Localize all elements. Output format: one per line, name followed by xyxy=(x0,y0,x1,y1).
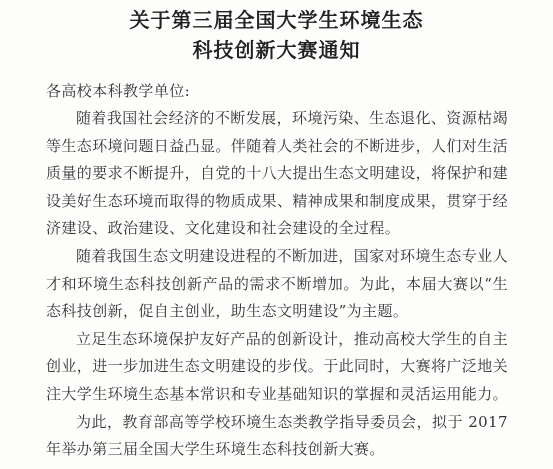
paragraph-1: 随着我国社会经济的不断发展，环境污染、生态退化、资源枯竭等生态环境问题日益凸显。… xyxy=(46,105,508,243)
document-title-line-1: 关于第三届全国大学生环境生态 xyxy=(0,5,553,35)
document-body: 各高校本科教学单位: 随着我国社会经济的不断发展，环境污染、生态退化、资源枯竭等… xyxy=(0,77,553,464)
paragraph-4: 为此，教育部高等学校环境生态类教学指导委员会，拟于 2017 年举办第三届全国大… xyxy=(46,409,508,464)
document-page: 关于第三届全国大学生环境生态 科技创新大赛通知 各高校本科教学单位: 随着我国社… xyxy=(0,0,553,469)
paragraph-2: 随着我国生态文明建设进程的不断加进，国家对环境生态专业人才和环境生态科技创新产品… xyxy=(46,243,508,326)
paragraph-3: 立足生态环境保护友好产品的创新设计，推动高校大学生的自主创业，进一步加进生态文明… xyxy=(46,326,508,409)
salutation: 各高校本科教学单位: xyxy=(46,77,508,105)
document-title-line-2: 科技创新大赛通知 xyxy=(0,35,553,65)
document-title: 关于第三届全国大学生环境生态 科技创新大赛通知 xyxy=(0,0,553,65)
